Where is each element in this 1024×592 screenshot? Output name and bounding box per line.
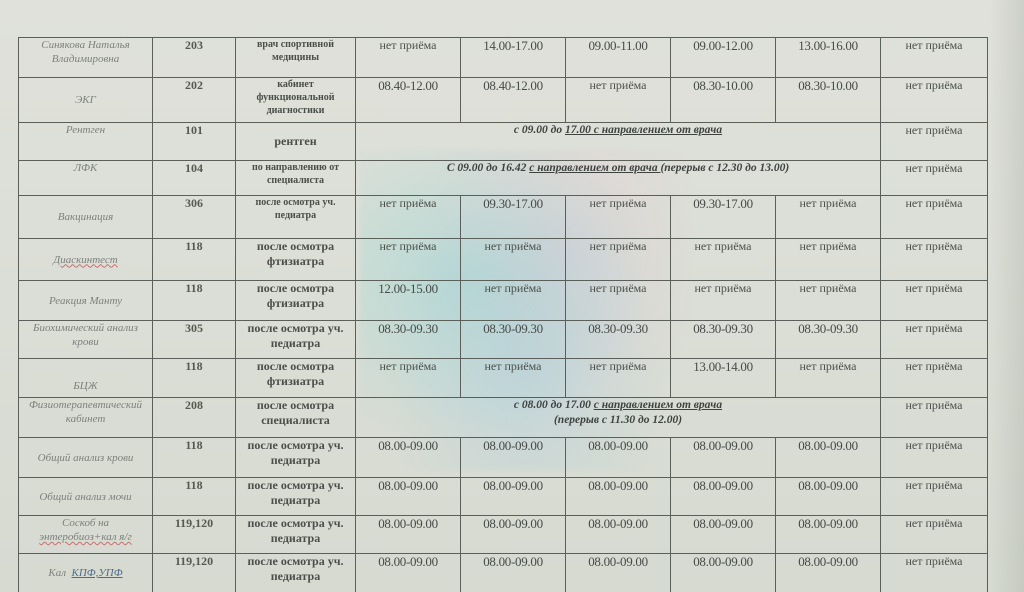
table-row: Кал КПФ,УПФ 119,120 после осмотра уч. пе… (19, 554, 988, 592)
span-referral-note: 17.00 с направлением от врача (565, 124, 722, 136)
day-mon: 08.00-09.00 (356, 516, 461, 554)
room-number: 118 (153, 438, 236, 478)
referral-note: после осмотра уч. педиатра (236, 196, 356, 239)
day-sat: нет приёма (881, 398, 988, 438)
day-sat: нет приёма (881, 281, 988, 321)
day-tue: 08.00-09.00 (461, 478, 566, 516)
table-row: Общий анализ мочи 118 после осмотра уч. … (19, 478, 988, 516)
service-name: ЛФК (19, 161, 153, 196)
table-row: БЦЖ 118 после осмотра фтизиатра нет приё… (19, 359, 988, 398)
day-sat: нет приёма (881, 239, 988, 281)
day-wed: нет приёма (566, 196, 671, 239)
service-name: Реакция Манту (19, 281, 153, 321)
day-mon: 08.00-09.00 (356, 554, 461, 592)
day-sat: нет приёма (881, 161, 988, 196)
day-fri: нет приёма (776, 196, 881, 239)
day-thu: 08.00-09.00 (671, 478, 776, 516)
room-number: 306 (153, 196, 236, 239)
span-break: (перерыв с 12.30 до 13.00) (660, 162, 789, 174)
day-mon: нет приёма (356, 38, 461, 78)
day-thu: 09.00-12.00 (671, 38, 776, 78)
day-fri: 08.00-09.00 (776, 554, 881, 592)
referral-note: после осмотра уч. педиатра (236, 438, 356, 478)
day-sat: нет приёма (881, 516, 988, 554)
span-hours: с 08.00 до 17.00 (514, 399, 594, 411)
day-fri: нет приёма (776, 281, 881, 321)
room-number: 101 (153, 123, 236, 161)
day-mon: нет приёма (356, 196, 461, 239)
day-fri: нет приёма (776, 359, 881, 398)
day-thu: нет приёма (671, 239, 776, 281)
table-row: ЛФК 104 по направлению от специалиста С … (19, 161, 988, 196)
service-name-line2: энтеробиоз+кал я/г (39, 531, 131, 543)
service-name: Соскоб наэнтеробиоз+кал я/г (19, 516, 153, 554)
day-fri: нет приёма (776, 239, 881, 281)
span-break: (перерыв с 11.30 до 12.00) (554, 414, 682, 426)
day-sat: нет приёма (881, 78, 988, 123)
day-sat: нет приёма (881, 38, 988, 78)
day-wed: 08.00-09.00 (566, 554, 671, 592)
referral-note: после осмотра уч. педиатра (236, 321, 356, 359)
day-tue: 08.30-09.30 (461, 321, 566, 359)
day-thu: 08.30-09.30 (671, 321, 776, 359)
service-name: Биохимический анализ крови (19, 321, 153, 359)
day-thu: 09.30-17.00 (671, 196, 776, 239)
table-row: ЭКГ 202 кабинет функциональной диагности… (19, 78, 988, 123)
room-number: 305 (153, 321, 236, 359)
span-referral-note: с направлением от врача (594, 399, 722, 411)
day-mon: 08.00-09.00 (356, 438, 461, 478)
day-tue: 08.40-12.00 (461, 78, 566, 123)
day-fri: 08.30-10.00 (776, 78, 881, 123)
referral-note: после осмотра фтизиатра (236, 239, 356, 281)
table-row: Общий анализ крови 118 после осмотра уч.… (19, 438, 988, 478)
table-row: Физиотерапевтический кабинет 208 после о… (19, 398, 988, 438)
service-name: Рентген (19, 123, 153, 161)
service-name: Диаскинтест (19, 239, 153, 281)
day-sat: нет приёма (881, 359, 988, 398)
referral-note: после осмотра фтизиатра (236, 281, 356, 321)
service-name: Кал КПФ,УПФ (19, 554, 153, 592)
day-tue: нет приёма (461, 359, 566, 398)
day-sat: нет приёма (881, 196, 988, 239)
day-tue: 09.30-17.00 (461, 196, 566, 239)
day-tue: нет приёма (461, 281, 566, 321)
table-row: Вакцинация 306 после осмотра уч. педиатр… (19, 196, 988, 239)
room-number: 118 (153, 359, 236, 398)
service-name: Синякова Наталья Владимировна (19, 38, 153, 78)
table-row: Реакция Манту 118 после осмотра фтизиатр… (19, 281, 988, 321)
day-mon: нет приёма (356, 239, 461, 281)
day-sat: нет приёма (881, 554, 988, 592)
service-name: ЭКГ (19, 78, 153, 123)
day-tue: 08.00-09.00 (461, 516, 566, 554)
room-number: 203 (153, 38, 236, 78)
referral-note: после осмотра уч. педиатра (236, 554, 356, 592)
schedule-table: Синякова Наталья Владимировна 203 врач с… (18, 37, 988, 592)
table-row: Синякова Наталья Владимировна 203 врач с… (19, 38, 988, 78)
day-fri: 08.00-09.00 (776, 516, 881, 554)
weekday-hours-span: С 09.00 до 16.42 с направлением от врача… (356, 161, 881, 196)
room-number: 104 (153, 161, 236, 196)
service-name: Общий анализ мочи (19, 478, 153, 516)
service-name: Физиотерапевтический кабинет (19, 398, 153, 438)
day-wed: нет приёма (566, 281, 671, 321)
weekday-hours-span: с 08.00 до 17.00 с направлением от врача… (356, 398, 881, 438)
day-thu: 13.00-14.00 (671, 359, 776, 398)
service-name: БЦЖ (19, 359, 153, 398)
room-number: 208 (153, 398, 236, 438)
span-hours: с 09.00 до (514, 124, 565, 136)
day-wed: нет приёма (566, 78, 671, 123)
day-wed: нет приёма (566, 359, 671, 398)
service-name-line1: Соскоб на (62, 517, 109, 529)
day-wed: 08.00-09.00 (566, 438, 671, 478)
room-number: 118 (153, 239, 236, 281)
referral-note: по направлению от специалиста (236, 161, 356, 196)
room-number: 118 (153, 281, 236, 321)
service-name-prefix: Кал (48, 567, 71, 579)
referral-note: после осмотра специалиста (236, 398, 356, 438)
day-wed: нет приёма (566, 239, 671, 281)
room-number: 119,120 (153, 516, 236, 554)
day-mon: 08.30-09.30 (356, 321, 461, 359)
service-name-text: Диаскинтест (53, 254, 118, 266)
room-number: 119,120 (153, 554, 236, 592)
referral-note: после осмотра фтизиатра (236, 359, 356, 398)
referral-note: после осмотра уч. педиатра (236, 516, 356, 554)
day-wed: 08.30-09.30 (566, 321, 671, 359)
day-tue: 08.00-09.00 (461, 438, 566, 478)
day-wed: 08.00-09.00 (566, 478, 671, 516)
day-sat: нет приёма (881, 478, 988, 516)
day-wed: 09.00-11.00 (566, 38, 671, 78)
referral-note: рентген (236, 123, 356, 161)
table-row: Рентген 101 рентген с 09.00 до 17.00 с н… (19, 123, 988, 161)
day-fri: 13.00-16.00 (776, 38, 881, 78)
service-name-link[interactable]: КПФ,УПФ (72, 567, 123, 579)
service-name: Общий анализ крови (19, 438, 153, 478)
day-mon: 08.00-09.00 (356, 478, 461, 516)
paper-edge-shadow (990, 0, 1024, 592)
day-mon: 08.40-12.00 (356, 78, 461, 123)
day-fri: 08.30-09.30 (776, 321, 881, 359)
day-sat: нет приёма (881, 321, 988, 359)
day-sat: нет приёма (881, 438, 988, 478)
referral-note: после осмотра уч. педиатра (236, 478, 356, 516)
day-mon: 12.00-15.00 (356, 281, 461, 321)
day-thu: 08.30-10.00 (671, 78, 776, 123)
day-thu: 08.00-09.00 (671, 554, 776, 592)
day-tue: 14.00-17.00 (461, 38, 566, 78)
room-number: 202 (153, 78, 236, 123)
day-sat: нет приёма (881, 123, 988, 161)
day-fri: 08.00-09.00 (776, 438, 881, 478)
day-mon: нет приёма (356, 359, 461, 398)
referral-note: врач спортивной медицины (236, 38, 356, 78)
service-name: Вакцинация (19, 196, 153, 239)
span-hours: С 09.00 до 16.42 (447, 162, 529, 174)
day-thu: нет приёма (671, 281, 776, 321)
day-tue: нет приёма (461, 239, 566, 281)
table-row: Биохимический анализ крови 305 после осм… (19, 321, 988, 359)
day-fri: 08.00-09.00 (776, 478, 881, 516)
day-tue: 08.00-09.00 (461, 554, 566, 592)
day-thu: 08.00-09.00 (671, 438, 776, 478)
referral-note: кабинет функциональной диагностики (236, 78, 356, 123)
day-wed: 08.00-09.00 (566, 516, 671, 554)
room-number: 118 (153, 478, 236, 516)
table-row: Диаскинтест 118 после осмотра фтизиатра … (19, 239, 988, 281)
day-thu: 08.00-09.00 (671, 516, 776, 554)
span-referral-note: с направлением от врача (529, 162, 660, 174)
weekday-hours-span: с 09.00 до 17.00 с направлением от врача (356, 123, 881, 161)
table-row: Соскоб наэнтеробиоз+кал я/г 119,120 посл… (19, 516, 988, 554)
